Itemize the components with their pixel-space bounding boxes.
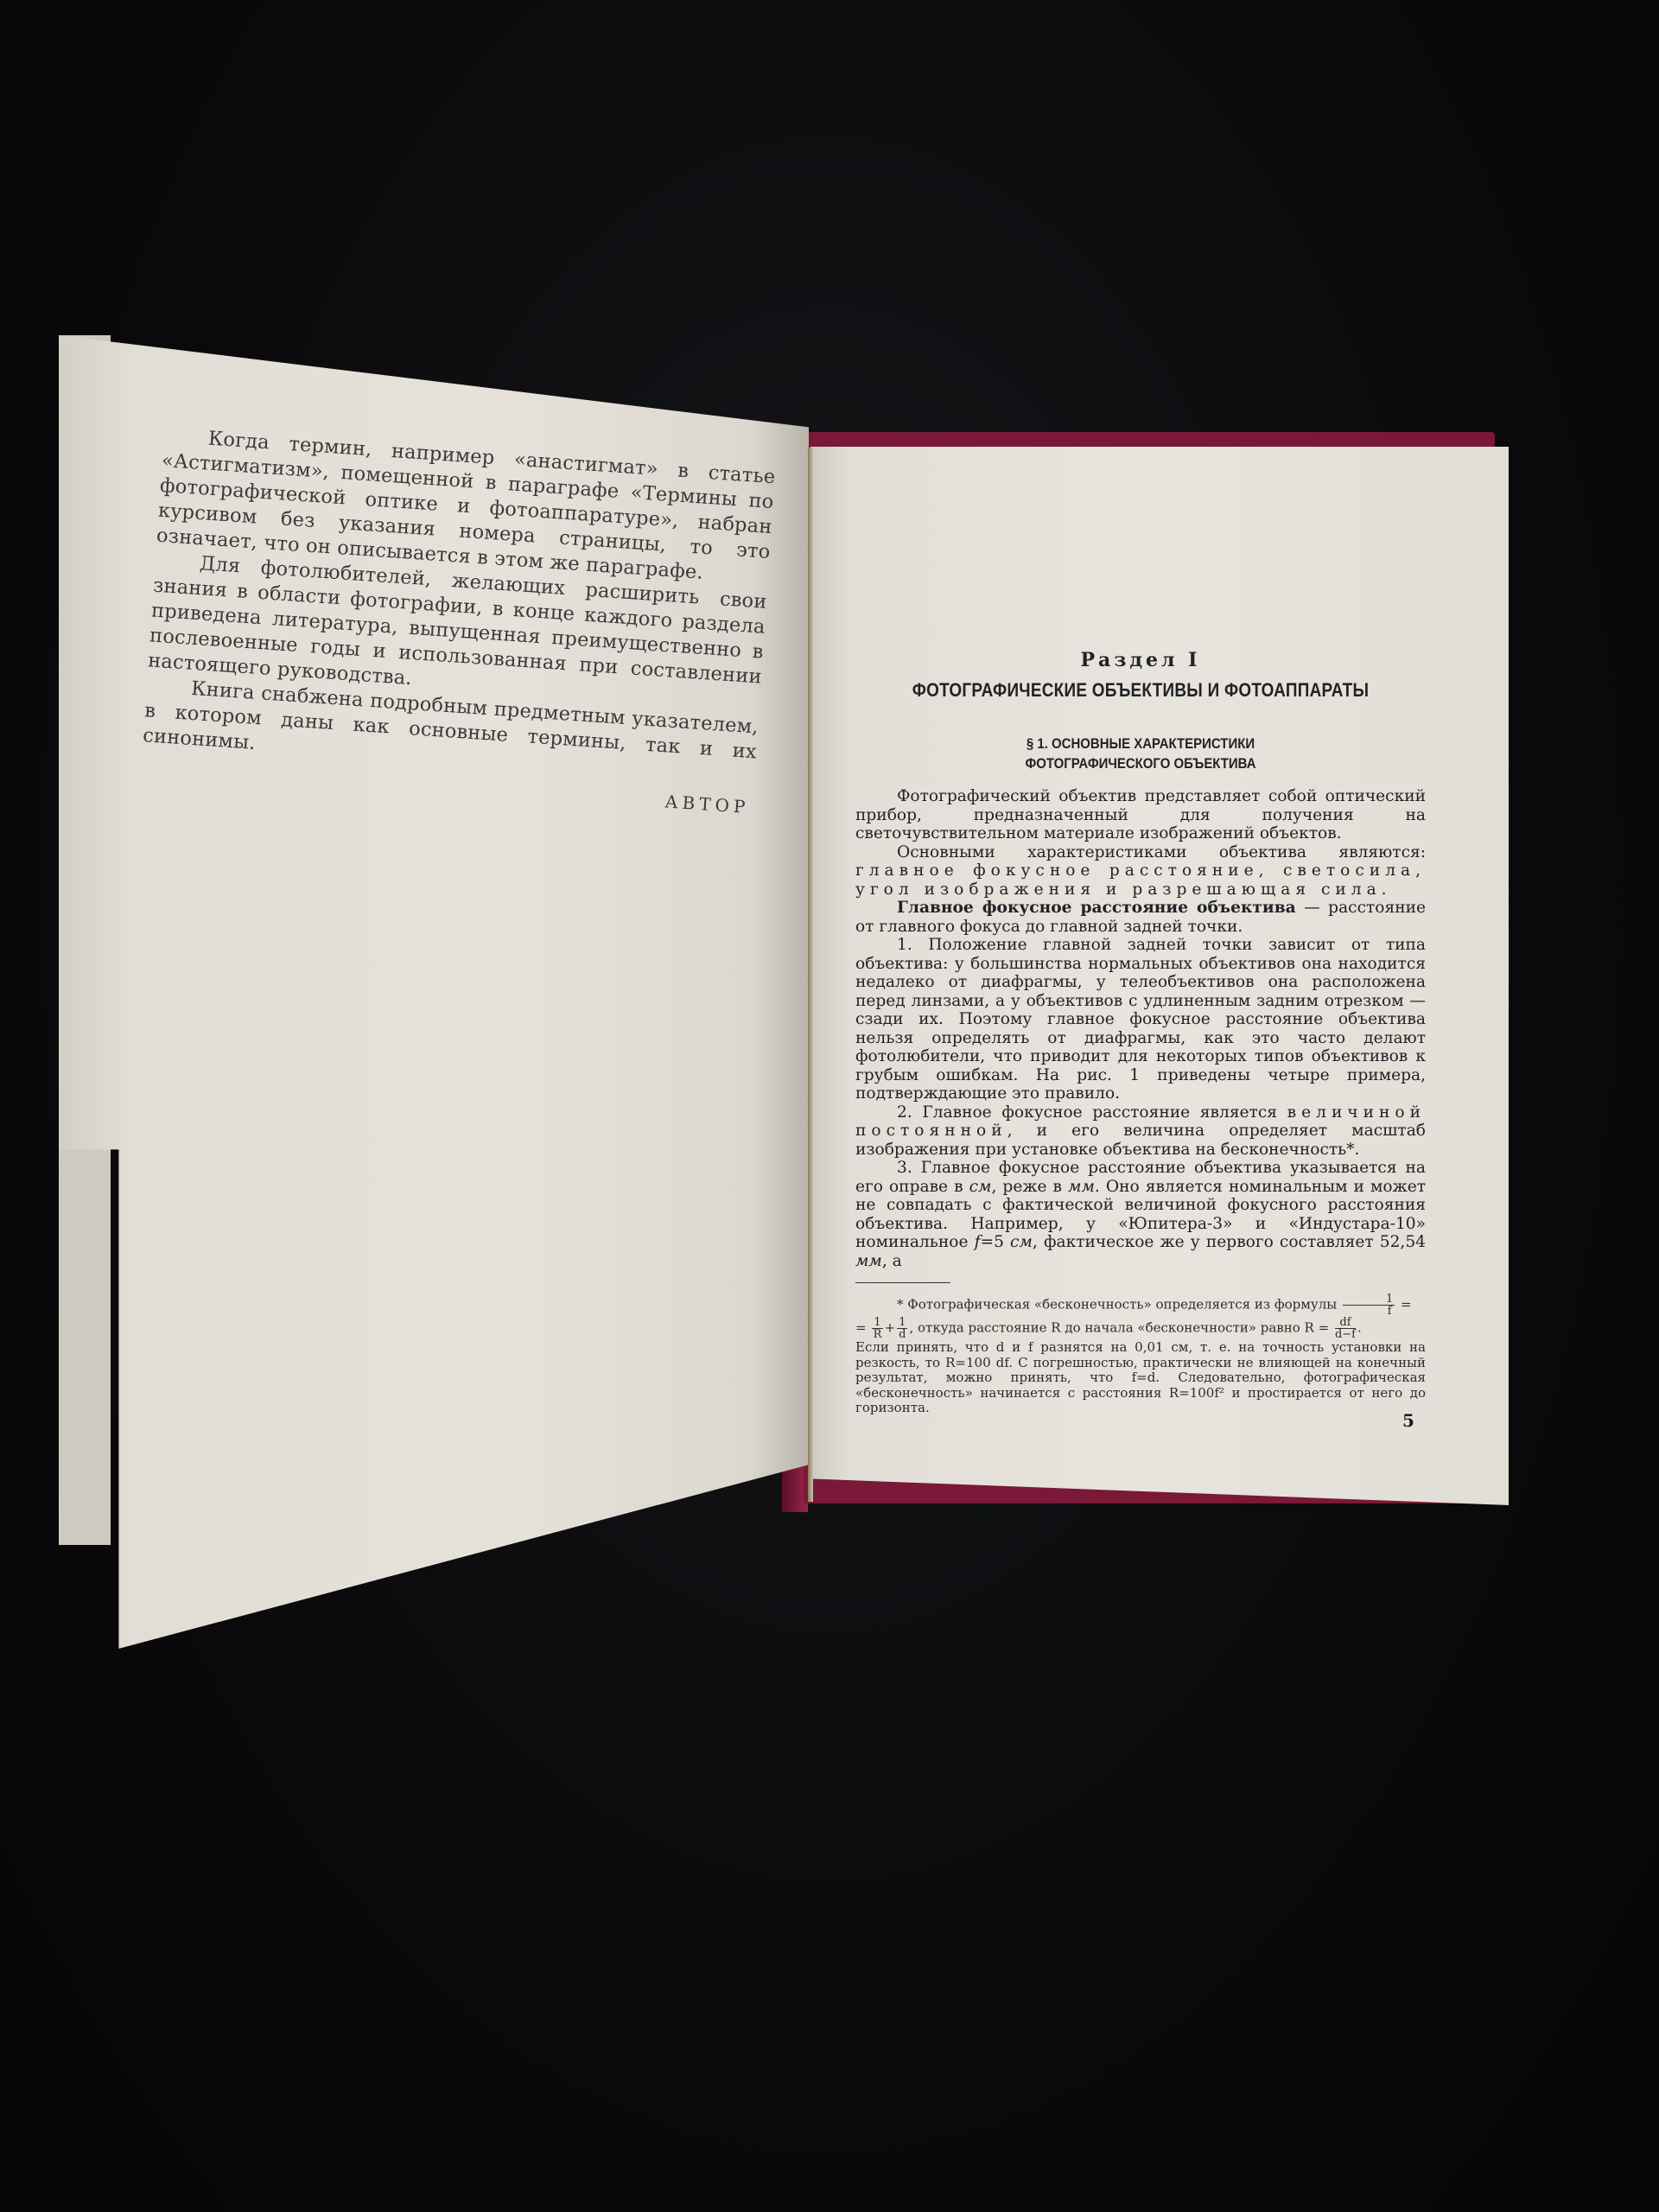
footnote-line: = 1R+1d, откуда расстояние R до начала «… (855, 1317, 1426, 1340)
body-paragraph: 3. Главное фокусное расстояние объектива… (855, 1159, 1426, 1270)
section-title: ФОТОГРАФИЧЕСКИЕ ОБЪЕКТИВЫ И ФОТОАППАРАТЫ (895, 681, 1386, 700)
text-run: =5 (980, 1233, 1010, 1251)
body-paragraph: Фотографический объектив представляет со… (855, 787, 1426, 843)
text-run: , фактическое же у первого составляет 52… (1033, 1233, 1426, 1251)
bold-term: Главное фокусное расстояние объектива (897, 899, 1296, 917)
text-run: * Фотографическая «бесконечность» опреде… (897, 1297, 1337, 1313)
unit: мм (855, 1252, 882, 1270)
right-page-text: Раздел I ФОТОГРАФИЧЕСКИЕ ОБЪЕКТИВЫ И ФОТ… (855, 639, 1426, 1416)
body-paragraph: Основными характеристиками объектива явл… (855, 843, 1426, 899)
section-label: Раздел I (855, 652, 1426, 671)
paragraph-heading-line: § 1. ОСНОВНЫЕ ХАРАКТЕРИСТИКИ (890, 734, 1392, 753)
fraction: 1d (897, 1317, 907, 1340)
body-paragraph: 2. Главное фокусное расстояние является … (855, 1103, 1426, 1160)
fraction: 1f (1343, 1294, 1395, 1317)
footnote-divider (855, 1282, 950, 1283)
text-run: Основными характеристиками объектива явл… (897, 843, 1426, 861)
footnote: * Фотографическая «бесконечность» опреде… (855, 1294, 1426, 1416)
paragraph-heading: § 1. ОСНОВНЫЕ ХАРАКТЕРИСТИКИ ФОТОГРАФИЧЕ… (890, 734, 1392, 773)
left-page-text: Когда термин, например «анастигмат» в ст… (140, 423, 776, 820)
body-paragraph: Главное фокусное расстояние объектива — … (855, 899, 1426, 936)
numerator: 1 (897, 1317, 907, 1329)
fraction: 1R (872, 1317, 882, 1340)
unit: см (1010, 1233, 1033, 1251)
unit: мм (1068, 1178, 1095, 1196)
spaced-emphasis: главное фокусное расстояние, светосила, … (855, 861, 1426, 899)
text-run: , а (882, 1252, 902, 1270)
body-paragraph: 1. Положение главной задней точки зависи… (855, 936, 1426, 1103)
footnote-line: * Фотографическая «бесконечность» опреде… (855, 1294, 1426, 1317)
numerator: df (1335, 1317, 1356, 1329)
text-run: , реже в (991, 1178, 1068, 1196)
page-number: 5 (1402, 1410, 1414, 1431)
fraction: dfd−f (1335, 1317, 1356, 1340)
book-gutter (808, 448, 813, 1502)
footnote-line: Если принять, что d и f разнятся на 0,01… (855, 1340, 1426, 1416)
paragraph-heading-line: ФОТОГРАФИЧЕСКОГО ОБЪЕКТИВА (890, 753, 1392, 773)
numerator: 1 (1343, 1294, 1395, 1306)
unit: см (969, 1178, 992, 1196)
photo-scene: Когда термин, например «анастигмат» в ст… (0, 0, 1659, 2212)
body-text: Фотографический объектив представляет со… (855, 787, 1426, 1270)
text-run: 2. Главное фокусное расстояние является (897, 1103, 1287, 1122)
text-run: , откуда расстояние R до начала «бесконе… (909, 1320, 1329, 1336)
numerator: 1 (872, 1317, 882, 1329)
text-run: . (1382, 880, 1387, 899)
